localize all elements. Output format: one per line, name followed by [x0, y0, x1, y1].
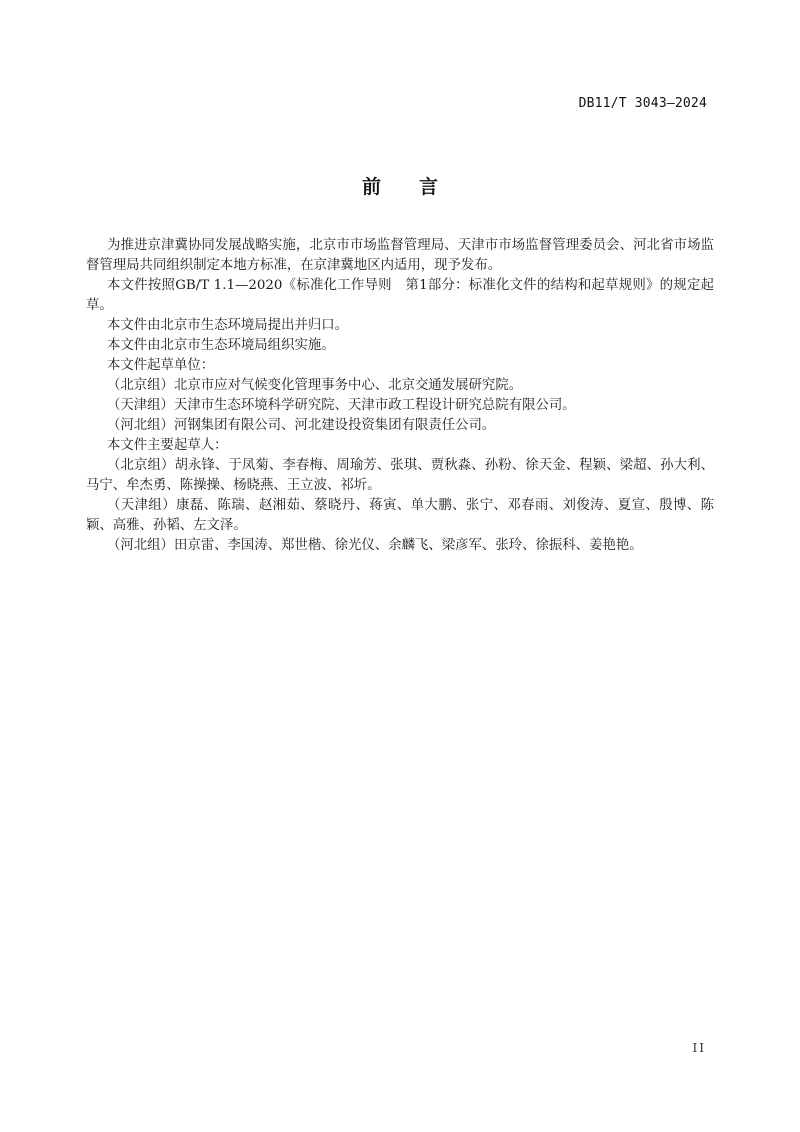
paragraph-drafting-rule: 本文件按照GB/T 1.1—2020《标准化工作导则 第1部分：标准化文件的结构… — [86, 276, 714, 316]
paragraph-units-hebei: （河北组）河钢集团有限公司、河北建设投资集团有限责任公司。 — [86, 416, 714, 436]
foreword-body: 为推进京津冀协同发展战略实施，北京市市场监督管理局、天津市市场监督管理委员会、河… — [86, 236, 714, 556]
paragraph-purpose: 为推进京津冀协同发展战略实施，北京市市场监督管理局、天津市市场监督管理委员会、河… — [86, 236, 714, 276]
section-title: 前言 — [0, 172, 800, 199]
paragraph-proposer: 本文件由北京市生态环境局提出并归口。 — [86, 316, 714, 336]
paragraph-units-beijing: （北京组）北京市应对气候变化管理事务中心、北京交通发展研究院。 — [86, 376, 714, 396]
paragraph-drafters-tianjin: （天津组）康磊、陈瑞、赵湘茹、蔡晓丹、蒋寅、单大鹏、张宁、邓春雨、刘俊涛、夏宣、… — [86, 496, 714, 536]
paragraph-drafters-heading: 本文件主要起草人： — [86, 436, 714, 456]
document-code: DB11/T 3043—2024 — [579, 96, 707, 111]
paragraph-drafters-hebei: （河北组）田京雷、李国涛、郑世楷、徐光仪、余麟飞、梁彦军、张玲、徐振科、姜艳艳。 — [86, 536, 714, 556]
paragraph-implementer: 本文件由北京市生态环境局组织实施。 — [86, 336, 714, 356]
paragraph-units-tianjin: （天津组）天津市生态环境科学研究院、天津市政工程设计研究总院有限公司。 — [86, 396, 714, 416]
paragraph-drafting-units-heading: 本文件起草单位： — [86, 356, 714, 376]
paragraph-drafters-beijing: （北京组）胡永锋、于凤菊、李春梅、周瑜芳、张琪、贾秋淼、孙粉、徐天金、程颖、梁超… — [86, 456, 714, 496]
page-number: II — [693, 1041, 706, 1055]
document-page: DB11/T 3043—2024 前言 为推进京津冀协同发展战略实施，北京市市场… — [0, 0, 800, 1132]
